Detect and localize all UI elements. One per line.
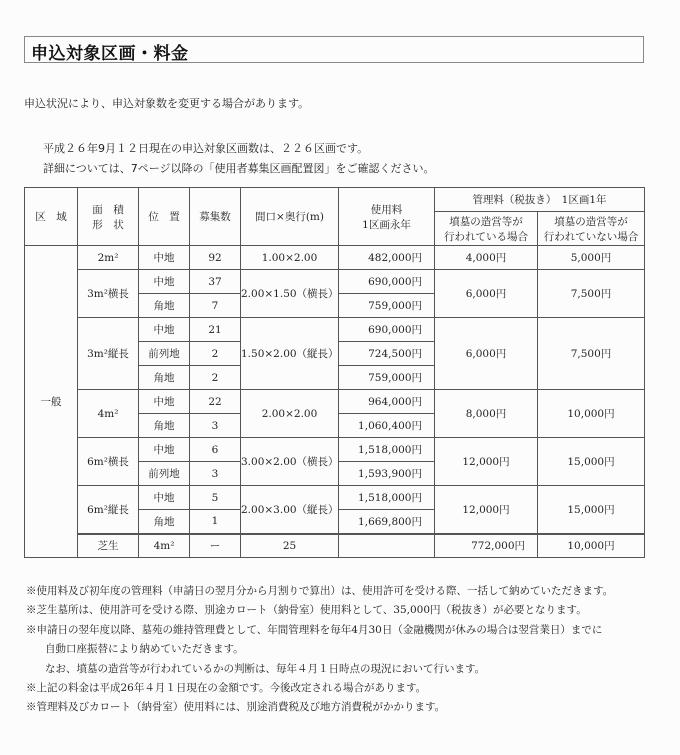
header-mgmt-with: 墳墓の造営等が行われている場合 [435, 212, 538, 246]
info-line-2: 詳細については、7ページ以降の「使用者募集区画配置図」をご確認ください。 [43, 160, 435, 176]
mgmt-with-cell: 6,000円 [435, 318, 538, 390]
note-1: ※使用料及び初年度の管理料（申請日の翌月分から月割りで算出）は、使用許可を受ける… [26, 582, 613, 601]
count-cell: 25 [241, 534, 339, 558]
info-line-1: 平成２６年9月１２日現在の申込対象区画数は、２２６区画です。 [43, 140, 368, 156]
position-cell: 角地 [139, 510, 190, 534]
size-cell: 4m² [139, 534, 190, 558]
dims-cell: 2.00×3.00（縦長） [241, 486, 339, 534]
count-cell: 2 [190, 342, 241, 366]
fee-cell: 1,669,800円 [339, 510, 435, 534]
count-cell: 37 [190, 270, 241, 294]
mgmt-without-cell: 10,000円 [538, 390, 645, 438]
position-cell: 中地 [139, 486, 190, 510]
dims-cell: 1.00×2.00 [241, 246, 339, 270]
position-cell: 角地 [139, 414, 190, 438]
zone-lawn: 芝生 [78, 534, 139, 558]
table-row: 3m²縦長 中地 21 1.50×2.00（縦長） 690,000円 6,000… [25, 318, 645, 342]
table-row: 6m²横長 中地 6 3.00×2.00（横長） 1,518,000円 12,0… [25, 438, 645, 462]
count-cell: 7 [190, 294, 241, 318]
notes: ※使用料及び初年度の管理料（申請日の翌月分から月割りで算出）は、使用許可を受ける… [26, 582, 613, 718]
note-3-cont: 自動口座振替により納めていただきます。 [26, 640, 613, 659]
mgmt-without-cell: 5,000円 [538, 246, 645, 270]
size-cell: 3m²縦長 [78, 318, 139, 390]
count-cell: 3 [190, 414, 241, 438]
section-title: 申込対象区画・料金 [31, 39, 189, 64]
count-cell: 2 [190, 366, 241, 390]
header-size-shape: 面 積形 状 [78, 188, 139, 246]
mgmt-without-cell: 15,000円 [538, 438, 645, 486]
mgmt-without-cell: 7,500円 [538, 270, 645, 318]
fee-cell: 759,000円 [339, 294, 435, 318]
fee-cell: 724,500円 [339, 342, 435, 366]
position-cell: 角地 [139, 366, 190, 390]
position-cell: 中地 [139, 246, 190, 270]
size-cell: 6m²縦長 [78, 486, 139, 534]
mgmt-cell: 10,000円 [538, 534, 645, 558]
fee-cell: 482,000円 [339, 246, 435, 270]
dims-cell: 1.50×2.00（縦長） [241, 318, 339, 390]
fee-cell: 772,000円 [435, 534, 538, 558]
position-cell: 前列地 [139, 462, 190, 486]
mgmt-without-cell: 7,500円 [538, 318, 645, 390]
count-cell: 22 [190, 390, 241, 414]
header-position: 位 置 [139, 188, 190, 246]
intro-text: 申込状況により、申込対象数を変更する場合があります。 [24, 95, 309, 111]
header-dimensions: 間口×奥行(m) [241, 188, 339, 246]
note-5: ※上記の料金は平成26年４月１日現在の金額です。今後改定される場合があります。 [26, 679, 613, 698]
note-3: ※申請日の翌年度以降、墓苑の維持管理費として、年間管理料を毎年4月30日（金融機… [26, 621, 613, 640]
table-row-lawn: 芝生 4m² ー 25 772,000円 10,000円 [25, 534, 645, 558]
position-cell: 中地 [139, 318, 190, 342]
header-count: 募集数 [190, 188, 241, 246]
count-cell: 1 [190, 510, 241, 534]
table-row: 一般 2m² 中地 92 1.00×2.00 482,000円 4,000円 5… [25, 246, 645, 270]
position-cell: 中地 [139, 438, 190, 462]
dims-cell: 2.00×1.50（横長） [241, 270, 339, 318]
position-cell: 前列地 [139, 342, 190, 366]
count-cell: 3 [190, 462, 241, 486]
size-cell: 2m² [78, 246, 139, 270]
table-row: 6m²縦長 中地 5 2.00×3.00（縦長） 1,518,000円 12,0… [25, 486, 645, 510]
count-cell: 92 [190, 246, 241, 270]
mgmt-with-cell: 12,000円 [435, 438, 538, 486]
dims-cell [339, 534, 435, 558]
size-cell: 4m² [78, 390, 139, 438]
fee-table: 区 域 面 積形 状 位 置 募集数 間口×奥行(m) 使用料1区画永年 管理料… [24, 187, 645, 558]
table-row: 4m² 中地 22 2.00×2.00 964,000円 8,000円 10,0… [25, 390, 645, 414]
fee-cell: 964,000円 [339, 390, 435, 414]
note-4: なお、墳墓の造営等が行われているかの判断は、毎年４月１日時点の現況において行いま… [26, 660, 613, 679]
fee-cell: 690,000円 [339, 318, 435, 342]
position-cell: 中地 [139, 270, 190, 294]
position-cell: 中地 [139, 390, 190, 414]
note-6: ※管理料及びカロート（納骨室）使用料には、別途消費税及び地方消費税がかかります。 [26, 698, 613, 717]
header-mgmt-fee: 管理料（税抜き） 1区画1年 [435, 188, 645, 212]
dims-cell: 3.00×2.00（横長） [241, 438, 339, 486]
header-row: 区 域 面 積形 状 位 置 募集数 間口×奥行(m) 使用料1区画永年 管理料… [25, 188, 645, 212]
count-cell: 5 [190, 486, 241, 510]
fee-cell: 759,000円 [339, 366, 435, 390]
size-cell: 6m²横長 [78, 438, 139, 486]
fee-cell: 1,518,000円 [339, 438, 435, 462]
header-zone: 区 域 [25, 188, 78, 246]
note-2: ※芝生墓所は、使用許可を受ける際、別途カロート（納骨室）使用料として、35,00… [26, 601, 613, 620]
table-row: 3m²横長 中地 37 2.00×1.50（横長） 690,000円 6,000… [25, 270, 645, 294]
mgmt-without-cell: 15,000円 [538, 486, 645, 534]
fee-cell: 1,518,000円 [339, 486, 435, 510]
header-usage-fee: 使用料1区画永年 [339, 188, 435, 246]
size-cell: 3m²横長 [78, 270, 139, 318]
header-mgmt-without: 墳墓の造営等が行われていない場合 [538, 212, 645, 246]
mgmt-with-cell: 4,000円 [435, 246, 538, 270]
dims-cell: 2.00×2.00 [241, 390, 339, 438]
zone-general: 一般 [25, 246, 78, 558]
mgmt-with-cell: 6,000円 [435, 270, 538, 318]
mgmt-with-cell: 12,000円 [435, 486, 538, 534]
fee-cell: 690,000円 [339, 270, 435, 294]
position-cell: ー [190, 534, 241, 558]
count-cell: 21 [190, 318, 241, 342]
mgmt-with-cell: 8,000円 [435, 390, 538, 438]
count-cell: 6 [190, 438, 241, 462]
fee-cell: 1,593,900円 [339, 462, 435, 486]
fee-cell: 1,060,400円 [339, 414, 435, 438]
section-title-box: 申込対象区画・料金 [24, 36, 644, 63]
position-cell: 角地 [139, 294, 190, 318]
